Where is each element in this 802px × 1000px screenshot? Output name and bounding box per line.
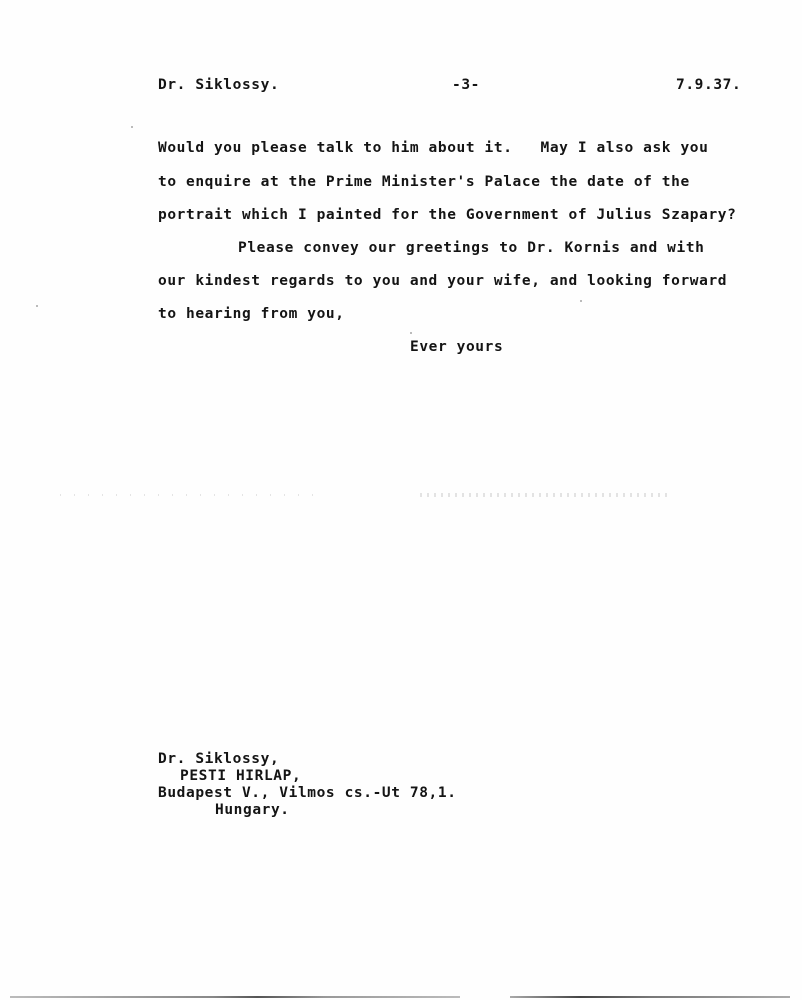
- body-line: Please convey our greetings to Dr. Korni…: [238, 241, 705, 256]
- scan-artifact: [60, 494, 320, 496]
- page-edge: [10, 996, 460, 998]
- page-edge: [510, 996, 790, 998]
- body-line: Would you please talk to him about it. M…: [158, 141, 708, 156]
- address-line: Hungary.: [215, 803, 290, 818]
- scan-speck: [410, 332, 412, 334]
- body-line: to hearing from you,: [158, 307, 345, 322]
- scan-speck: [580, 300, 582, 302]
- scan-speck: [131, 126, 133, 128]
- address-line: Budapest V., Vilmos cs.-Ut 78,1.: [158, 786, 457, 801]
- header-date: 7.9.37.: [676, 78, 741, 93]
- address-line: Dr. Siklossy,: [158, 752, 279, 767]
- scan-artifact: [420, 493, 670, 497]
- body-line: portrait which I painted for the Governm…: [158, 208, 736, 223]
- scan-speck: [36, 305, 38, 307]
- header-page-number: -3-: [452, 78, 480, 93]
- body-line: our kindest regards to you and your wife…: [158, 274, 727, 289]
- header-recipient: Dr. Siklossy.: [158, 78, 279, 93]
- letter-page: Dr. Siklossy. -3- 7.9.37. Would you plea…: [0, 0, 802, 1000]
- body-line: to enquire at the Prime Minister's Palac…: [158, 175, 690, 190]
- address-line: PESTI HIRLAP,: [180, 769, 301, 784]
- closing: Ever yours: [410, 340, 503, 355]
